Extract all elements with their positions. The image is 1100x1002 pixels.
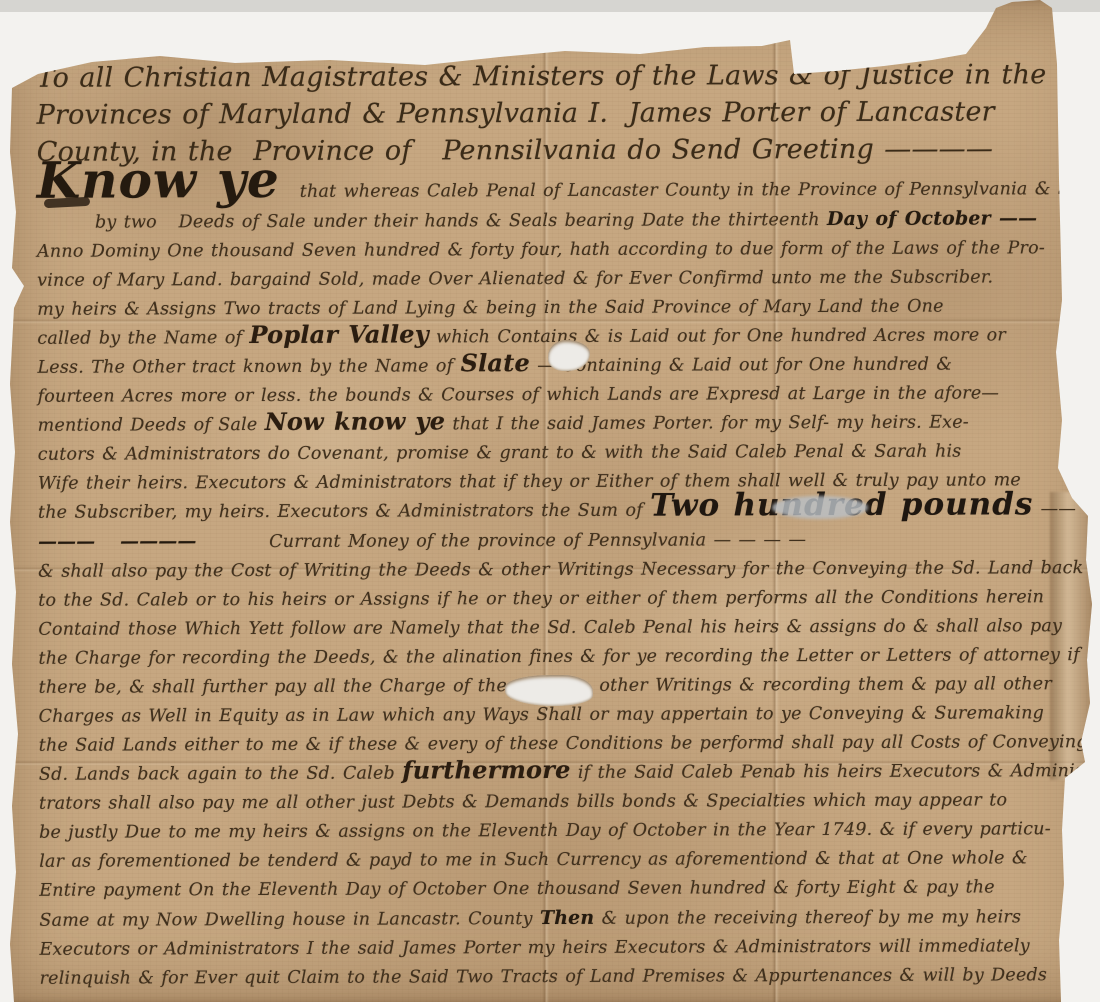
handwritten-text: my heirs & Assigns Two tracts of Land Ly… — [37, 297, 943, 320]
emphasized-text: ——— ———— — [38, 530, 197, 553]
handwritten-text: Charges as Well in Equity as in Law whic… — [39, 703, 1044, 727]
document-line: Provinces of Maryland & Pennsylvania I. … — [37, 93, 1052, 134]
handwritten-text: Executors or Administrators I the said J… — [39, 936, 1029, 959]
document-line: Know ye that whereas Caleb Penal of Lanc… — [37, 175, 1052, 208]
handwritten-text: Anno Dominy One thousand Seven hundred &… — [37, 238, 1045, 262]
handwritten-text: — Containing & Laid out for One hundred … — [530, 355, 952, 376]
document-line: my heirs & Assigns Two tracts of Land Ly… — [37, 292, 1052, 325]
emphasized-text: Poplar Valley — [249, 319, 428, 349]
document-line: Containd those Which Yett follow are Nam… — [38, 612, 1053, 645]
document-line: ——— ———— Currant Money of the province o… — [38, 524, 1053, 558]
document-paper: To all Christian Magistrates & Ministers… — [0, 0, 1100, 1002]
document-line: Same at my Now Dwelling house in Lancast… — [39, 902, 1054, 936]
document-line: fourteen Acres more or less. the bounds … — [38, 379, 1053, 412]
handwritten-text: that whereas Caleb Penal of Lancaster Co… — [300, 179, 1100, 202]
handwritten-text: by two Deeds of Sale under their hands &… — [95, 210, 827, 233]
handwritten-text: if the Said Caleb Penab his heirs Execut… — [571, 761, 1085, 783]
document-line: & shall also pay the Cost of Writing the… — [38, 554, 1053, 587]
document-line: vince of Mary Land. bargaind Sold, made … — [37, 263, 1052, 296]
document-line: the Subscriber, my heirs. Executors & Ad… — [38, 495, 1053, 528]
document-line: Anno Dominy One thousand Seven hundred &… — [37, 234, 1052, 267]
handwritten-text: that I the said James Porter. for my Sel… — [445, 413, 969, 435]
handwritten-text: —— — [1033, 499, 1076, 519]
handwritten-text: & shall also pay the Cost of Writing the… — [38, 558, 1083, 582]
paper-hole — [505, 675, 593, 706]
handwritten-text: trators shall also pay me all other just… — [39, 790, 1007, 813]
emphasized-text: Now know ye — [265, 406, 446, 436]
handwritten-text: & upon the receiving thereof by me my he… — [594, 907, 1021, 928]
scanned-document-page: To all Christian Magistrates & Ministers… — [0, 0, 1100, 1002]
handwritten-text: called by the Name of — [37, 328, 249, 349]
document-line: trators shall also pay me all other just… — [39, 786, 1054, 819]
scanner-edge-strip — [0, 0, 1100, 12]
document-line: by two Deeds of Sale under their hands &… — [37, 204, 1052, 238]
emphasized-text: Then — [540, 907, 594, 929]
handwritten-text: fourteen Acres more or less. the bounds … — [38, 383, 1000, 406]
emphasized-text: furthermore — [402, 755, 570, 785]
handwritten-text: the Charge for recording the Deeds, & th… — [38, 645, 1100, 669]
document-line: lar as forementioned be tenderd & payd t… — [39, 844, 1054, 877]
handwritten-text: Same at my Now Dwelling house in Lancast… — [39, 909, 540, 931]
emphasized-text: Day of October —— — [827, 207, 1037, 230]
handwritten-text: the Subscriber, my heirs. Executors & Ad… — [38, 501, 650, 523]
handwritten-text: Currant Money of the province of Pennsyl… — [196, 530, 806, 552]
handwritten-text: to the Sd. Caleb or to his heirs or Assi… — [38, 587, 1044, 611]
handwritten-text: Entire payment On the Eleventh Day of Oc… — [39, 877, 995, 900]
document-line: To all Christian Magistrates & Ministers… — [36, 56, 1051, 97]
document-line: to the Sd. Caleb or to his heirs or Assi… — [38, 583, 1053, 616]
document-line: the Charge for recording the Deeds, & th… — [38, 641, 1053, 674]
document-line: be justly Due to me my heirs & assigns o… — [39, 815, 1054, 848]
handwritten-text: Provinces of Maryland & Pennsylvania I. … — [37, 96, 995, 130]
document-line: Executors or Administrators I the said J… — [39, 932, 1054, 965]
handwritten-text: vince of Mary Land. bargaind Sold, made … — [37, 267, 993, 290]
handwritten-text: mentiond Deeds of Sale — [38, 415, 265, 436]
handwritten-text: which Contains & is Laid out for One hun… — [429, 325, 1006, 347]
document-text: To all Christian Magistrates & Ministers… — [36, 56, 1054, 994]
handwritten-text: be justly Due to me my heirs & assigns o… — [39, 819, 1051, 843]
handwritten-text: To all Christian Magistrates & Ministers… — [36, 59, 1046, 94]
document-line: Entire payment On the Eleventh Day of Oc… — [39, 873, 1054, 906]
emphasized-text: Slate — [461, 348, 530, 377]
handwritten-text: relinquish & for Ever quit Claim to the … — [40, 965, 1048, 989]
handwritten-text: Less. The Other tract known by the Name … — [37, 356, 460, 377]
document-line: mentiond Deeds of Sale Now know ye that … — [38, 408, 1053, 441]
document-line: relinquish & for Ever quit Claim to the … — [40, 961, 1055, 994]
document-line: called by the Name of Poplar Valley whic… — [37, 321, 1052, 354]
document-line: Sd. Lands back again to the Sd. Caleb fu… — [39, 757, 1054, 790]
ink-smudge — [772, 496, 868, 519]
handwritten-text: the Said Lands either to me & if these &… — [39, 732, 1088, 756]
handwritten-text: Sd. Lands back again to the Sd. Caleb — [39, 764, 402, 785]
document-line: Less. The Other tract known by the Name … — [37, 350, 1052, 383]
handwritten-text: cutors & Administrators do Covenant, pro… — [38, 442, 962, 465]
handwritten-text: lar as forementioned be tenderd & payd t… — [39, 848, 1028, 871]
document-line: cutors & Administrators do Covenant, pro… — [38, 437, 1053, 470]
handwritten-text: Containd those Which Yett follow are Nam… — [38, 616, 1062, 640]
